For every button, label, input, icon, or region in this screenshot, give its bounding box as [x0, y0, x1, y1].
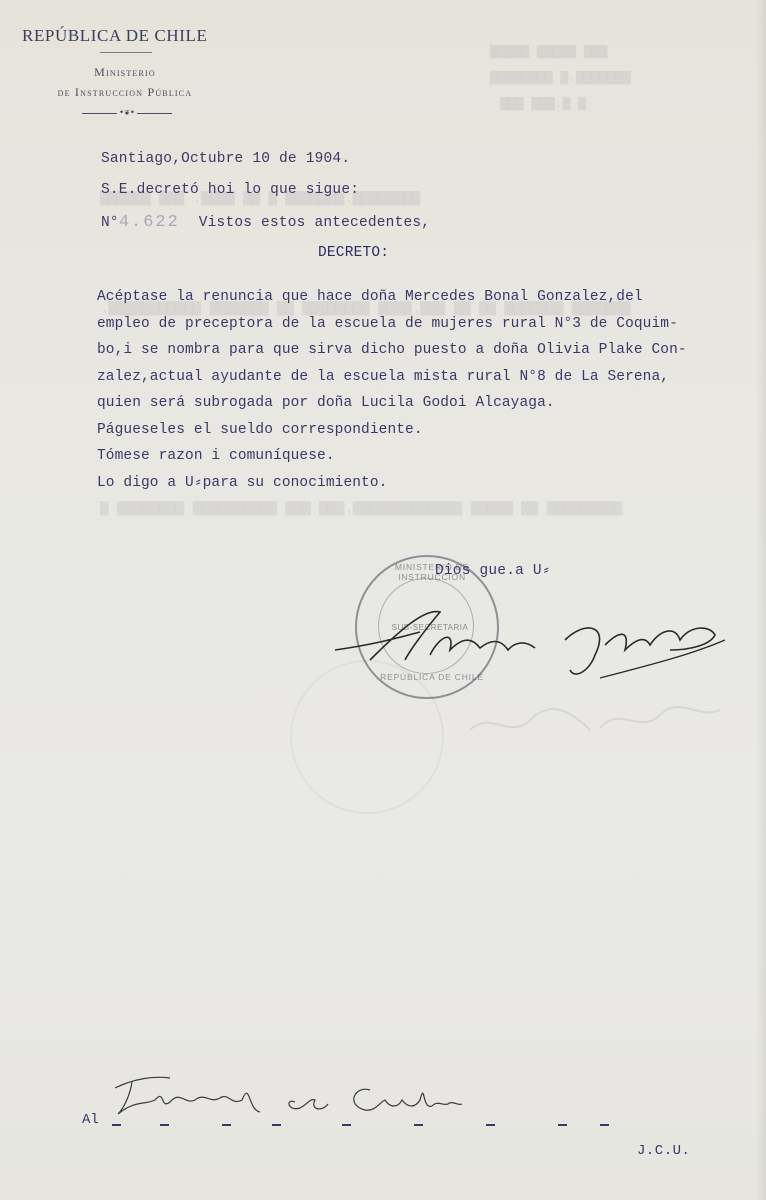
letterhead-ornament: •❦•	[82, 108, 172, 118]
bleed-through-text: ▇▇▇▇▇▇▇▇▇ ▇▇ ▇▇▇▇▇ ▇▇▇▇▇▇▇▇▇▇▇▇▇,▇▇▇ ▇▇▇…	[100, 500, 622, 517]
body-line: bo,i se nombra para que sirva dicho pues…	[97, 337, 757, 364]
seal-top-text: MINISTERIO DE INSTRUCCION	[372, 562, 492, 582]
recipient-dashed-line	[112, 1124, 592, 1128]
body-line: zalez,actual ayudante de la escuela mist…	[97, 364, 757, 391]
bleed-through-stamp: ▇▇▇▇▇▇▇.▇ ▇▇▇▇▇▇▇▇	[490, 70, 631, 85]
dash	[160, 1124, 169, 1126]
handwritten-recipient	[110, 1070, 470, 1120]
recipient-prefix: Al	[82, 1112, 99, 1128]
dash	[414, 1124, 423, 1126]
body-line: quien será subrogada por doña Lucila God…	[97, 390, 757, 417]
decree-number: 4.622	[119, 213, 180, 232]
dash	[600, 1124, 609, 1126]
letterhead-ministry: Ministerio de Instruccion Pública	[0, 62, 250, 102]
ministry-line-1: Ministerio	[0, 62, 250, 82]
ornament-line-left	[82, 113, 117, 114]
letterhead-rule	[100, 52, 152, 53]
typist-initials: J.C.U.	[637, 1143, 690, 1159]
dash	[222, 1124, 231, 1126]
ornament-line-right	[137, 113, 172, 114]
ornament-flourish-icon: •❦•	[119, 108, 135, 118]
dash	[272, 1124, 281, 1126]
body-line: Tómese razon i comuníquese.	[97, 443, 757, 470]
decree-intro: S.E.decretó hoi lo que sigue:	[101, 182, 359, 198]
letterhead-country: REPÚBLICA DE CHILE	[22, 26, 208, 46]
dash	[558, 1124, 567, 1126]
dash	[342, 1124, 351, 1126]
decree-body: Acéptase la renuncia que hace doña Merce…	[97, 284, 757, 496]
signature	[330, 600, 730, 690]
dash	[486, 1124, 495, 1126]
body-line: Lo digo a U⸗para su conocimiento.	[97, 470, 757, 497]
decreto-heading: DECRETO:	[318, 245, 389, 261]
place-date: Santiago,Octubre 10 de 1904.	[101, 151, 350, 167]
bleed-through-stamp: ▇▇▇ ▇▇▇▇▇ ▇▇▇▇▇	[490, 44, 607, 59]
bleed-through-stamp: ▇ ▇.▇▇▇ ▇▇▇	[500, 96, 586, 111]
page-edge-shadow	[756, 0, 766, 1200]
number-prefix: N°	[101, 215, 119, 231]
document-page: ▇▇▇ ▇▇▇▇▇ ▇▇▇▇▇ ▇▇▇▇▇▇▇.▇ ▇▇▇▇▇▇▇▇ ▇ ▇.▇…	[0, 0, 766, 1200]
bleed-through-signature	[450, 690, 730, 750]
dash	[112, 1124, 121, 1126]
body-line: Acéptase la renuncia que hace doña Merce…	[97, 284, 757, 311]
vistos-text: Vistos estos antecedentes,	[199, 215, 430, 231]
ministry-line-2: de Instruccion Pública	[0, 82, 250, 102]
body-line: Págueseles el sueldo correspondiente.	[97, 417, 757, 444]
decree-number-row: N°4.622 Vistos estos antecedentes,	[101, 213, 430, 232]
body-line: empleo de preceptora de la escuela de mu…	[97, 311, 757, 338]
